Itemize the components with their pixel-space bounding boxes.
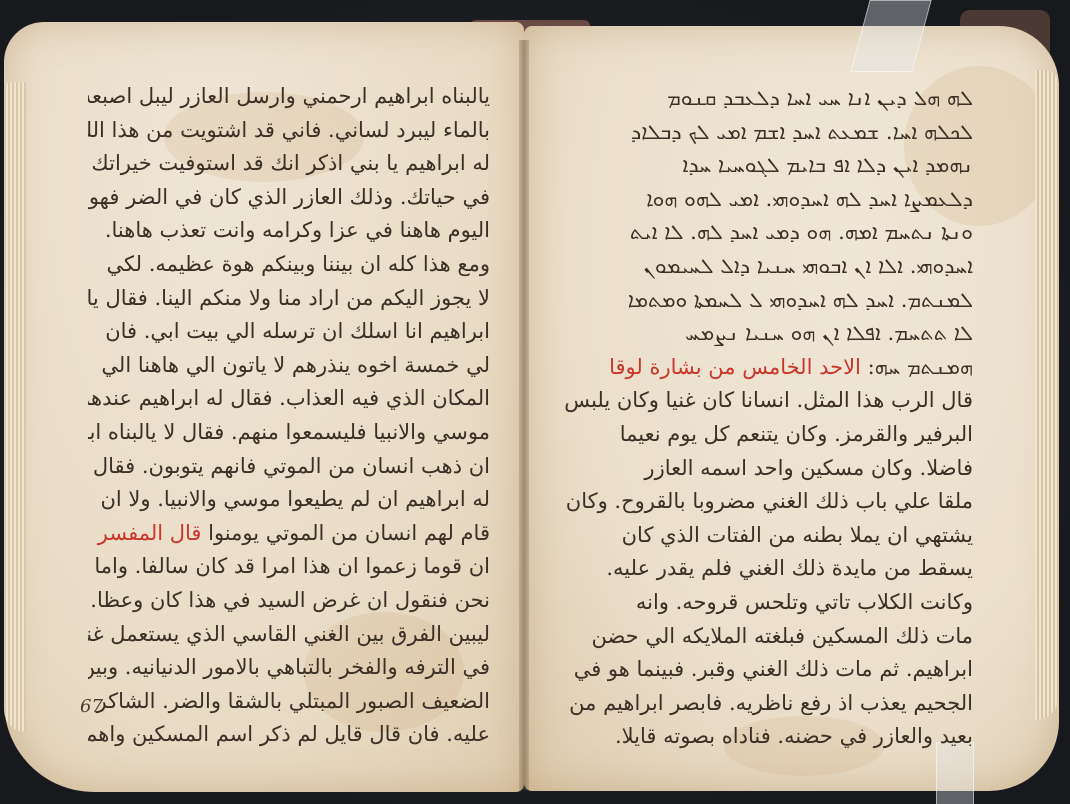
page-edges — [4, 82, 26, 732]
garshuni-line: ܠܟܠܗ ܐܚܐ. ܫܡܥܬ ܐܚܕ ܐܫܡ ܐܡܝ ܠܟ ܕܒܠܐܕ — [555, 116, 973, 150]
text-line: ابراهيم انا اسلك ان ترسله الي بيت ابي. ف… — [88, 315, 490, 349]
text-line: وكانت الكلاب تاتي وتلحس قروحه. وانه — [555, 586, 973, 620]
garshuni-line: ܘܢܬܐ ܢܬܚܡ ܐܡܗ. ܗܘ ܕܡܝ ܐܚܕ ܠܗ. ܠܐ ܐܝܬ — [555, 216, 973, 250]
text-line: ومع هذا كله ان بيننا وبينكم هوة عظيمه. ل… — [88, 248, 490, 282]
text-line: المكان الذي فيه العذاب. فقال له ابراهيم … — [88, 382, 490, 416]
right-page-text: ܠܗ ܗܠ ܕܝܢ ܐܢܐ ܚܝ ܐܚܐ ܕܠܥܒܕ ܩܢܘܡ ܠܟܠܗ ܐܚܐ… — [555, 82, 973, 754]
text-line: يشتهي ان يملا بطنه من الفتات الذي كان — [555, 519, 973, 553]
garshuni-line: ܠܐ ܬܬܚܡ. ܐܦܠܐ ܐܢ ܗܘ ܚܢܝܐ ܢܨܡܚ — [555, 317, 973, 351]
text-line: اليوم هاهنا في عزا وكرامه وانت تعذب هاهن… — [88, 214, 490, 248]
garshuni-line: ܐܚܕܘܗܝ. ܐܠܐ ܐܢ ܐܒܘܗܝ ܚܢܝܐ ܕܐܠ ܠܚܝܡܘܢ — [555, 250, 973, 284]
text-line: عليه. فان قال قايل لم ذكر اسم المسكين وا… — [88, 718, 490, 752]
folio-number: 67 — [80, 696, 103, 717]
text-line: بعيد والعازر في حضنه. فناداه بصوته قايلا… — [555, 720, 973, 754]
text-line-with-rubric: ܗܡܢܬܡ ܚܗ: الاحد الخامس من بشارة لوقا — [555, 351, 973, 385]
page-edges — [1035, 70, 1059, 720]
text-line: الجحيم يعذب اذ رفع ناظريه. فابصر ابراهيم… — [555, 687, 973, 721]
text-line: ابراهيم. ثم مات ذلك الغني وقبر. فبينما ه… — [555, 653, 973, 687]
text-span: قام لهم انسان من الموتي يومنوا — [208, 521, 490, 545]
rubric-heading: الاحد الخامس من بشارة لوقا — [609, 355, 861, 379]
text-line: في حياتك. وذلك العازر الذي كان في الضر ف… — [88, 181, 490, 215]
rubric-heading: قال المفسر — [98, 521, 202, 545]
text-line: يسقط من مايدة ذلك الغني فلم يقدر عليه. — [555, 552, 973, 586]
garshuni-line: ܠܡܢܬܡ. ܐܚܕ ܠܗ ܐܚܕܘܗܝ ܠ ܠܚܡܬܐ ܘܡܬܡܐ — [555, 284, 973, 318]
text-line: بالماء ليبرد لساني. فاني قد اشتويت من هذ… — [88, 114, 490, 148]
garshuni-line: ܢܗܡܕ ܐܝܢ ܕܠܐ ܐܦ ܒܐܝܡ ܠܓܘܚܝܐ ܚܕܐ — [555, 149, 973, 183]
text-line: قال الرب هذا المثل. انسانا كان غنيا وكان… — [555, 384, 973, 418]
text-line: الضعيف الصبور المبتلي بالشقا والضر. الشا… — [88, 685, 490, 719]
text-span: ܗܡܢܬܡ ܚܗ: — [868, 355, 973, 379]
text-line: لا يجوز اليكم من اراد منا ولا منكم الينا… — [88, 282, 490, 316]
text-line: نحن فنقول ان غرض السيد في هذا كان وعظا. — [88, 584, 490, 618]
text-line: في الترفه والفخر بالتباهي بالامور الدنيا… — [88, 651, 490, 685]
text-line: فاضلا. وكان مسكين واحد اسمه العازر — [555, 452, 973, 486]
text-line: ملقا علي باب ذلك الغني مضروبا بالقروح. و… — [555, 485, 973, 519]
text-line: ان قوما زعموا ان هذا امرا قد كان سالفا. … — [88, 550, 490, 584]
garshuni-line: ܠܗ ܗܠ ܕܝܢ ܐܢܐ ܚܝ ܐܚܐ ܕܠܥܒܕ ܩܢܘܡ — [555, 82, 973, 116]
text-line: لي خمسة اخوه ينذرهم لا ياتون الي هاهنا ا… — [88, 349, 490, 383]
text-line: له ابراهيم ان لم يطيعوا موسي والانبيا. و… — [88, 483, 490, 517]
text-line: البرفير والقرمز. وكان يتنعم كل يوم نعيما — [555, 418, 973, 452]
left-page-text: يالبناه ابراهيم ارحمني وارسل العازر ليبل… — [88, 80, 490, 752]
text-line: موسي والانبيا فليسمعوا منهم. فقال لا يال… — [88, 416, 490, 450]
text-line: ليبين الفرق بين الغني القاسي الذي يستعمل… — [88, 618, 490, 652]
text-line: له ابراهيم يا بني اذكر انك قد استوفيت خي… — [88, 147, 490, 181]
gutter — [519, 40, 529, 790]
garshuni-line: ܕܠܥܡܨܐ ܐܚܕ ܠܗ ܐܚܕܘܗܝ. ܐܡܝ ܠܗܘ ܗܘܐ — [555, 183, 973, 217]
text-line: مات ذلك المسكين فبلغته الملايكه الي حضن — [555, 620, 973, 654]
text-line: يالبناه ابراهيم ارحمني وارسل العازر ليبل… — [88, 80, 490, 114]
text-line-with-rubric: قام لهم انسان من الموتي يومنوا قال المفس… — [88, 517, 490, 551]
text-line: ان ذهب انسان من الموتي فانهم يتوبون. فقا… — [88, 450, 490, 484]
